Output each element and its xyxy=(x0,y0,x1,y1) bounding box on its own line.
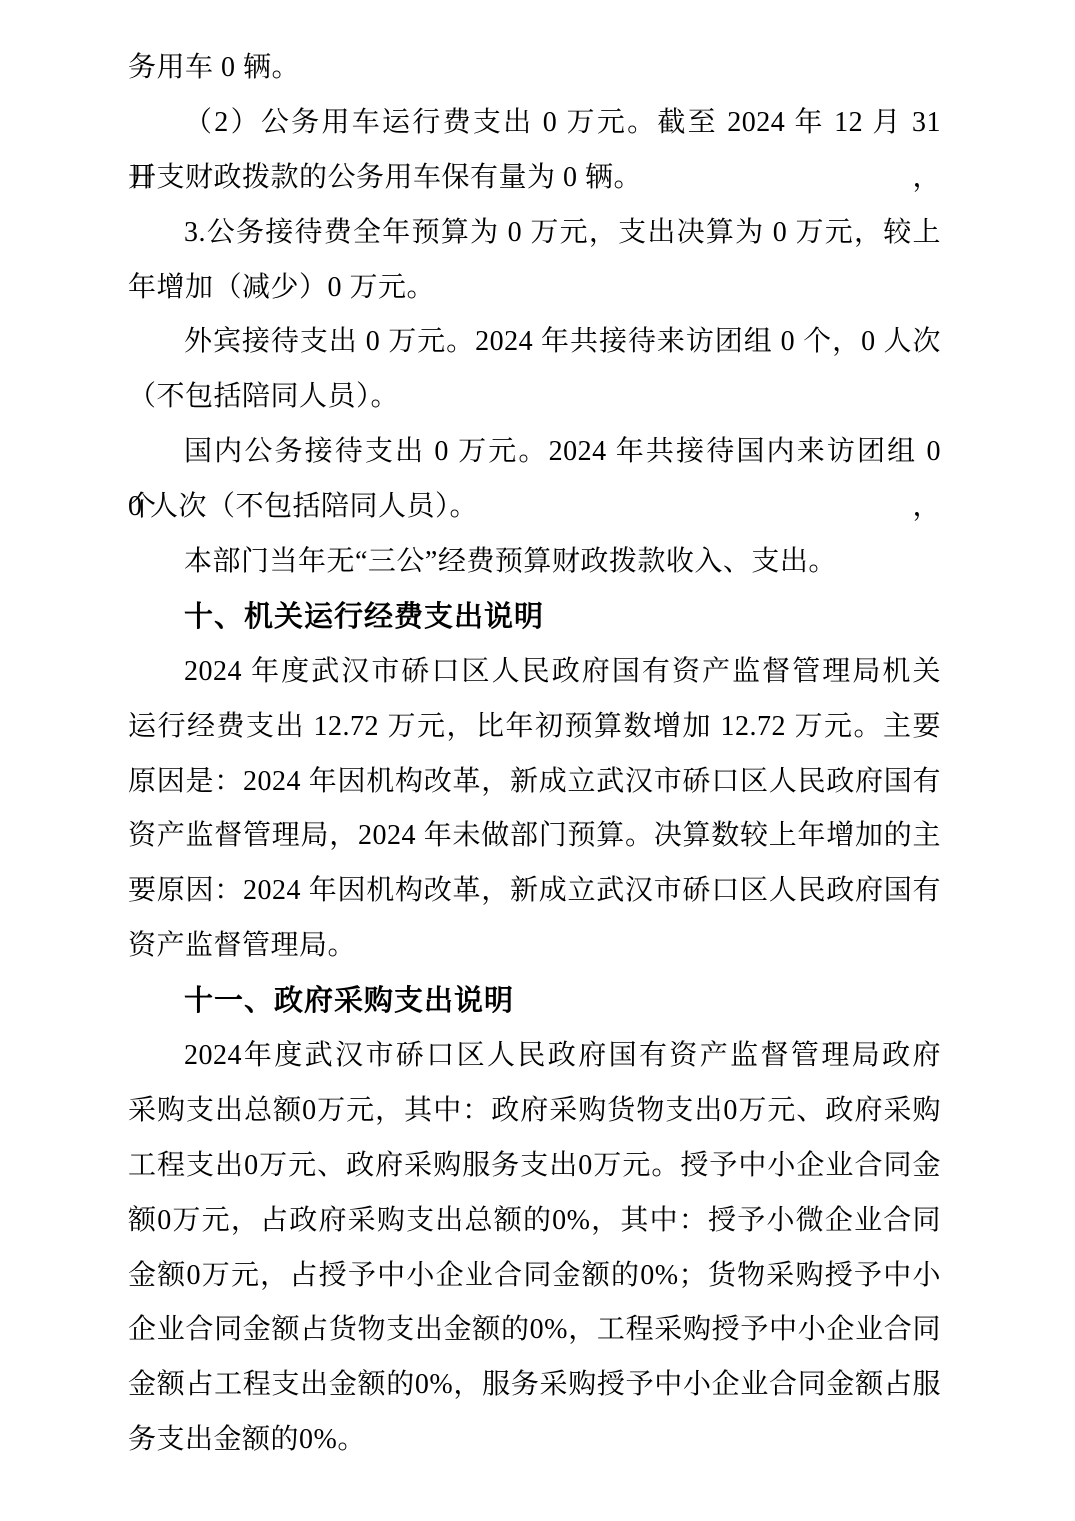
text-line: 额0万元，占政府采购支出总额的0%，其中：授予小微企业合同 xyxy=(128,1194,941,1249)
text-line: 采购支出总额0万元，其中：政府采购货物支出0万元、政府采购 xyxy=(128,1084,941,1139)
text-line: 3.公务接待费全年预算为 0 万元，支出决算为 0 万元，较上 xyxy=(128,206,941,261)
document-page: 务用车 0 辆。（2）公务用车运行费支出 0 万元。截至 2024 年 12 月… xyxy=(0,0,1075,1521)
text-line: 企业合同金额占货物支出金额的0%，工程采购授予中小企业合同 xyxy=(128,1303,941,1358)
text-line: （2）公务用车运行费支出 0 万元。截至 2024 年 12 月 31 日， xyxy=(128,96,941,151)
section-heading: 十、机关运行经费支出说明 xyxy=(128,590,941,645)
section-heading: 十一、政府采购支出说明 xyxy=(128,974,941,1029)
text-line: （不包括陪同人员）。 xyxy=(128,370,941,425)
text-line: 务用车 0 辆。 xyxy=(128,41,941,96)
text-line: 资产监督管理局，2024 年未做部门预算。决算数较上年增加的主 xyxy=(128,809,941,864)
text-line: 运行经费支出 12.72 万元，比年初预算数增加 12.72 万元。主要 xyxy=(128,700,941,755)
text-line: 工程支出0万元、政府采购服务支出0万元。授予中小企业合同金 xyxy=(128,1139,941,1194)
text-line: 年增加（减少）0 万元。 xyxy=(128,261,941,316)
text-line: 金额0万元，占授予中小企业合同金额的0%；货物采购授予中小 xyxy=(128,1249,941,1304)
text-line: 务支出金额的0%。 xyxy=(128,1413,941,1468)
text-line: 原因是：2024 年因机构改革，新成立武汉市硚口区人民政府国有 xyxy=(128,755,941,810)
text-line: 外宾接待支出 0 万元。2024 年共接待来访团组 0 个，0 人次 xyxy=(128,315,941,370)
text-line: 金额占工程支出金额的0%，服务采购授予中小企业合同金额占服 xyxy=(128,1358,941,1413)
text-line: 2024年度武汉市硚口区人民政府国有资产监督管理局政府 xyxy=(128,1029,941,1084)
text-line: 国内公务接待支出 0 万元。2024 年共接待国内来访团组 0 个， xyxy=(128,425,941,480)
text-line: 要原因：2024 年因机构改革，新成立武汉市硚口区人民政府国有 xyxy=(128,864,941,919)
text-line: 资产监督管理局。 xyxy=(128,919,941,974)
text-line: 2024 年度武汉市硚口区人民政府国有资产监督管理局机关 xyxy=(128,645,941,700)
document-content: 务用车 0 辆。（2）公务用车运行费支出 0 万元。截至 2024 年 12 月… xyxy=(128,41,941,1468)
text-line: 本部门当年无“三公”经费预算财政拨款收入、支出。 xyxy=(128,535,941,590)
